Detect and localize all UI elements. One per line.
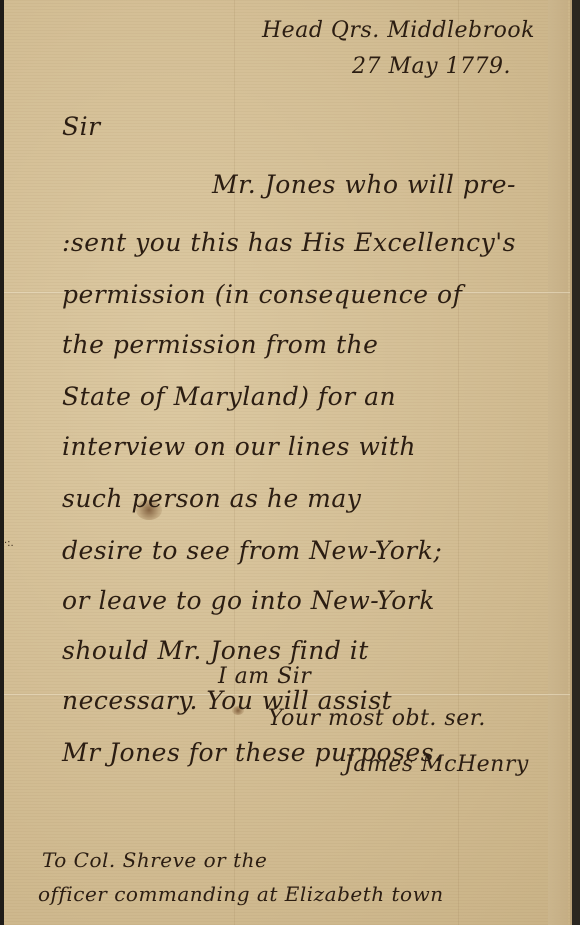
body-line: permission (in consequence of [62,280,462,309]
heading-location: Head Qrs. Middlebrook [262,18,535,43]
body-line: Mr. Jones who will pre- [212,170,516,199]
paper-edge-right [548,0,568,925]
address-line: To Col. Shreve or the [42,848,267,872]
body-line: desire to see from New-York; [62,536,442,565]
heading-date: 27 May 1779. [352,54,511,79]
margin-mark: ·:. [4,538,14,549]
body-line: State of Maryland) for an [62,382,396,411]
fold-line-vertical [234,0,235,925]
body-line: or leave to go into New-York [62,586,435,615]
closing-line: I am Sir [218,664,311,689]
address-line: officer commanding at Elizabeth town [38,882,444,906]
body-line: such person as he may [62,484,361,513]
signature: James McHenry [344,752,529,777]
body-line: the permission from the [62,330,378,359]
fold-line-vertical [458,0,459,925]
closing-line: Your most obt. ser. [268,706,486,731]
salutation: Sir [62,112,101,141]
body-line: :sent you this has His Excellency's [62,228,516,257]
body-line: should Mr. Jones find it [62,636,369,665]
body-line: interview on our lines with [62,432,416,461]
document-scan: ·:. Head Qrs. Middlebrook 27 May 1779. S… [0,0,580,925]
